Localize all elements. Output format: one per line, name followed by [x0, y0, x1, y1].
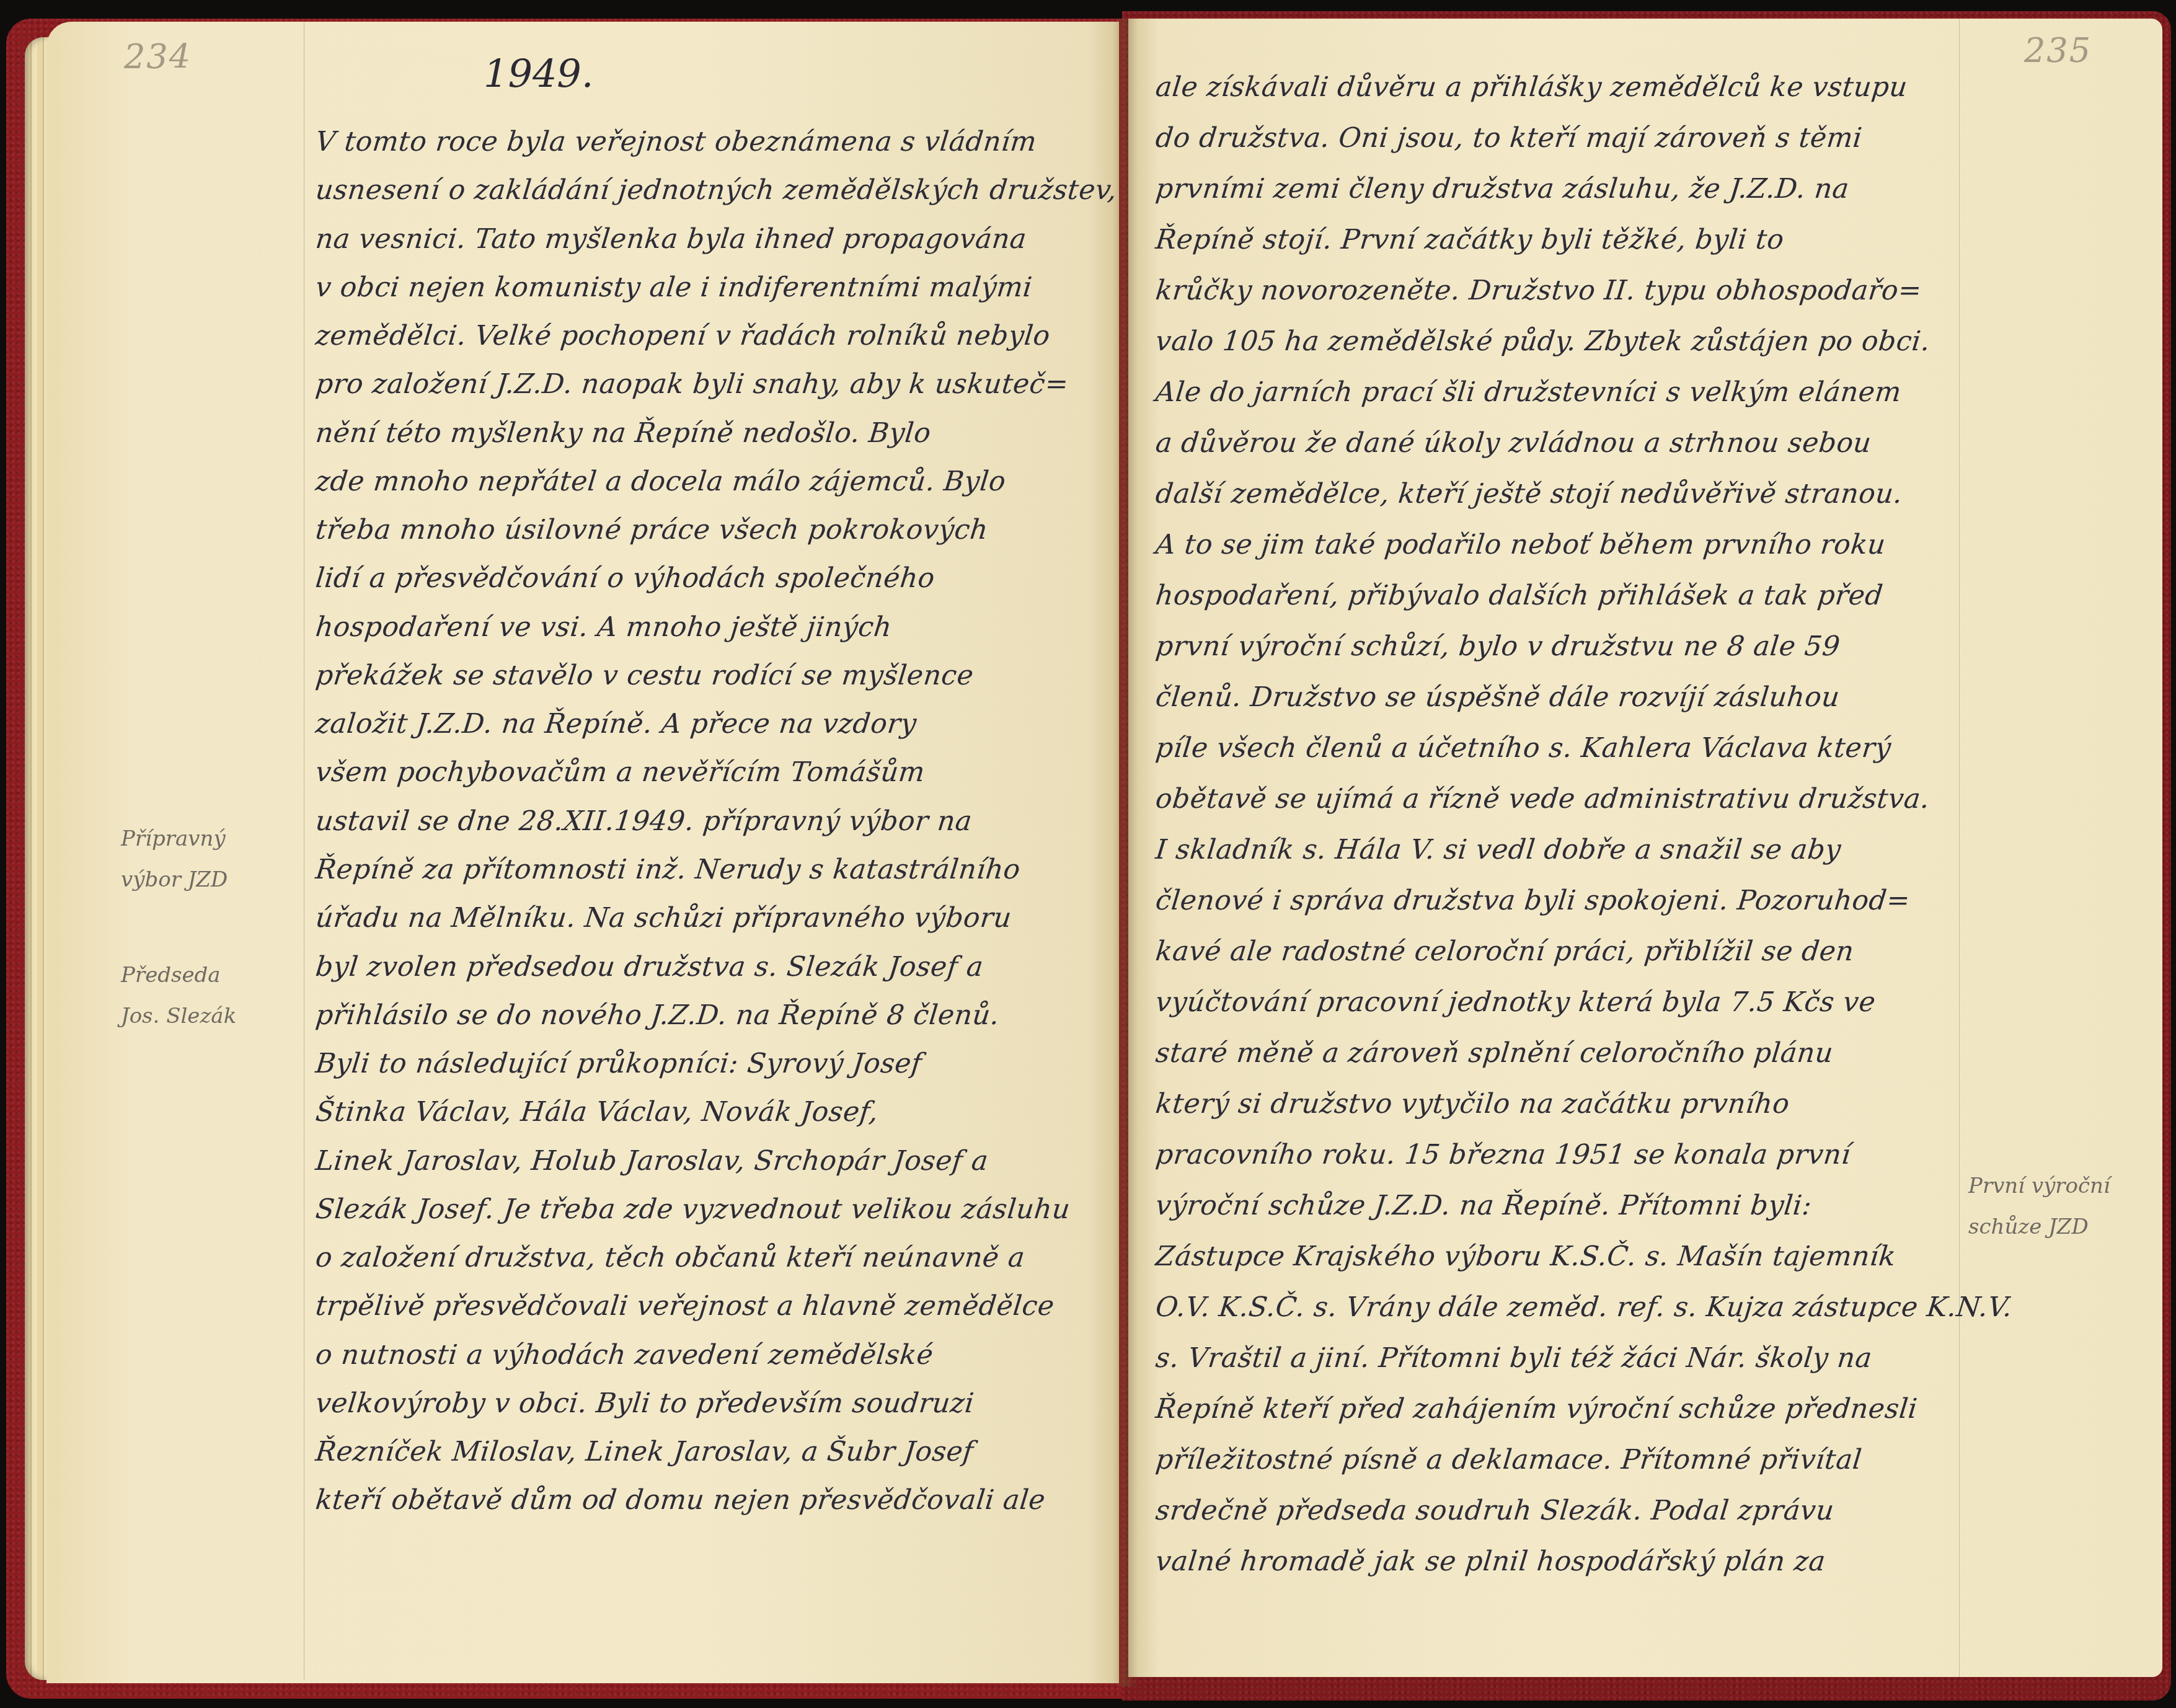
handwritten-line: O.V. K.S.Č. s. Vrány dále zeměd. ref. s.… [1153, 1282, 1958, 1333]
handwritten-line: pracovního roku. 15 března 1951 se konal… [1153, 1130, 1958, 1180]
handwritten-line: hospodaření, přibývalo dalších přihlášek… [1153, 570, 1958, 621]
handwritten-line: úřadu na Mělníku. Na schůzi přípravného … [313, 894, 1118, 942]
handwritten-line: srdečně předseda soudruh Slezák. Podal z… [1153, 1485, 1958, 1536]
handwritten-line: v obci nejen komunisty ale i indiferentn… [313, 263, 1118, 312]
handwritten-line: přihlásilo se do nového J.Z.D. na Řepíně… [313, 991, 1118, 1040]
handwritten-line: na vesnici. Tato myšlenka byla ihned pro… [313, 215, 1118, 263]
margin-note-line: výbor JZD [121, 859, 228, 900]
handwritten-line: Zástupce Krajského výboru K.S.Č. s. Maší… [1153, 1231, 1958, 1282]
handwritten-line: staré měně a zároveň splnění celoročního… [1153, 1028, 1958, 1079]
handwritten-line: výroční schůze J.Z.D. na Řepíně. Přítomn… [1153, 1180, 1958, 1231]
handwritten-line: překážek se stavělo v cestu rodící se my… [313, 652, 1118, 700]
handwritten-line: ale získávali důvěru a přihlášky zeměděl… [1153, 62, 1958, 113]
handwritten-line: Řepíně kteří před zahájením výroční schů… [1153, 1384, 1958, 1435]
handwritten-line: V tomto roce byla veřejnost obeznámena s… [313, 118, 1118, 166]
handwritten-line: trpělivě přesvědčovali veřejnost a hlavn… [313, 1282, 1118, 1330]
margin-note-line: Předseda [121, 955, 236, 996]
handwritten-line: hospodaření ve vsi. A mnoho ještě jiných [313, 603, 1118, 652]
handwritten-line: Ale do jarních prací šli družstevníci s … [1153, 367, 1958, 418]
handwritten-line: a důvěrou že dané úkoly zvládnou a strhn… [1153, 418, 1958, 469]
handwritten-line: obětavě se ujímá a řízně vede administra… [1153, 774, 1958, 825]
handwritten-line: Linek Jaroslav, Holub Jaroslav, Srchopár… [313, 1137, 1118, 1185]
handwritten-line: Řezníček Miloslav, Linek Jaroslav, a Šub… [313, 1428, 1118, 1476]
handwritten-line: lidí a přesvědčování o výhodách společné… [313, 554, 1118, 603]
handwritten-line: příležitostné písně a deklamace. Přítomn… [1153, 1435, 1958, 1485]
handwritten-line: Řepíně stojí. První začátky byli těžké, … [1153, 215, 1958, 265]
margin-note-preparatory-committee: Přípravný výbor JZD [121, 818, 228, 900]
handwritten-line: velkovýroby v obci. Byli to především so… [313, 1379, 1118, 1428]
left-page-text: V tomto roce byla veřejnost obeznámena s… [313, 118, 1113, 1525]
margin-note-chairman: Předseda Jos. Slezák [121, 955, 236, 1037]
handwritten-line: valné hromadě jak se plnil hospodářský p… [1153, 1536, 1958, 1587]
handwritten-line: píle všech členů a účetního s. Kahlera V… [1153, 723, 1958, 774]
handwritten-line: usnesení o zakládání jednotných zeměděls… [313, 166, 1118, 215]
handwritten-line: o založení družstva, těch občanů kteří n… [313, 1234, 1118, 1282]
handwritten-line: zemědělci. Velké pochopení v řadách roln… [313, 312, 1118, 360]
margin-note-line: Jos. Slezák [121, 996, 236, 1037]
right-margin-rule [1959, 19, 1960, 1677]
year-heading: 1949. [484, 51, 594, 96]
handwritten-line: Řepíně za přítomnosti inž. Nerudy s kata… [313, 846, 1118, 894]
handwritten-line: všem pochybovačům a nevěřícím Tomášům [313, 748, 1118, 797]
page-number-right: 235 [2024, 31, 2092, 70]
right-page-text: ale získávali důvěru a přihlášky zeměděl… [1153, 62, 1953, 1587]
handwritten-line: který si družstvo vytyčilo na začátku pr… [1153, 1079, 1958, 1130]
margin-note-line: První výroční [1968, 1166, 2110, 1206]
handwritten-line: první výroční schůzí, bylo v družstvu ne… [1153, 621, 1958, 672]
handwritten-line: ustavil se dne 28.XII.1949. přípravný vý… [313, 797, 1118, 846]
handwritten-line: zde mnoho nepřátel a docela málo zájemců… [313, 458, 1118, 506]
handwritten-line: o nutnosti a výhodách zavedení zemědělsk… [313, 1331, 1118, 1379]
handwritten-line: byl zvolen předsedou družstva s. Slezák … [313, 943, 1118, 991]
handwritten-line: členové i správa družstva byli spokojeni… [1153, 875, 1958, 926]
handwritten-line: členů. Družstvo se úspěšně dále rozvíjí … [1153, 672, 1958, 723]
handwritten-line: Byli to následující průkopníci: Syrový J… [313, 1040, 1118, 1088]
margin-note-line: schůze JZD [1968, 1206, 2110, 1247]
handwritten-line: kavé ale radostné celoroční práci, přibl… [1153, 926, 1958, 977]
handwritten-line: I skladník s. Hála V. si vedl dobře a sn… [1153, 825, 1958, 875]
handwritten-line: nění této myšlenky na Řepíně nedošlo. By… [313, 409, 1118, 458]
handwritten-line: Štinka Václav, Hála Václav, Novák Josef, [313, 1088, 1118, 1136]
handwritten-line: pro založení J.Z.D. naopak byli snahy, a… [313, 360, 1118, 409]
margin-note-annual-meeting: První výroční schůze JZD [1968, 1166, 2110, 1247]
handwritten-line: valo 105 ha zemědělské půdy. Zbytek zůst… [1153, 316, 1958, 367]
handwritten-line: do družstva. Oni jsou, to kteří mají zár… [1153, 113, 1958, 164]
handwritten-line: vyúčtování pracovní jednotky která byla … [1153, 977, 1958, 1028]
handwritten-line: s. Vraštil a jiní. Přítomni byli též žác… [1153, 1333, 1958, 1384]
handwritten-line: založit J.Z.D. na Řepíně. A přece na vzd… [313, 700, 1118, 748]
handwritten-line: kteří obětavě dům od domu nejen přesvědč… [313, 1476, 1118, 1524]
handwritten-line: prvními zemi členy družstva zásluhu, že … [1153, 164, 1958, 215]
handwritten-line: další zemědělce, kteří ještě stojí nedův… [1153, 469, 1958, 520]
margin-note-line: Přípravný [121, 818, 228, 859]
left-margin-rule [304, 22, 304, 1680]
handwritten-line: krůčky novorozeněte. Družstvo II. typu o… [1153, 265, 1958, 316]
handwritten-line: Slezák Josef. Je třeba zde vyzvednout ve… [313, 1185, 1118, 1234]
page-number-left: 234 [124, 37, 192, 76]
handwritten-line: třeba mnoho úsilovné práce všech pokroko… [313, 506, 1118, 554]
handwritten-line: A to se jim také podařilo neboť během pr… [1153, 520, 1958, 570]
